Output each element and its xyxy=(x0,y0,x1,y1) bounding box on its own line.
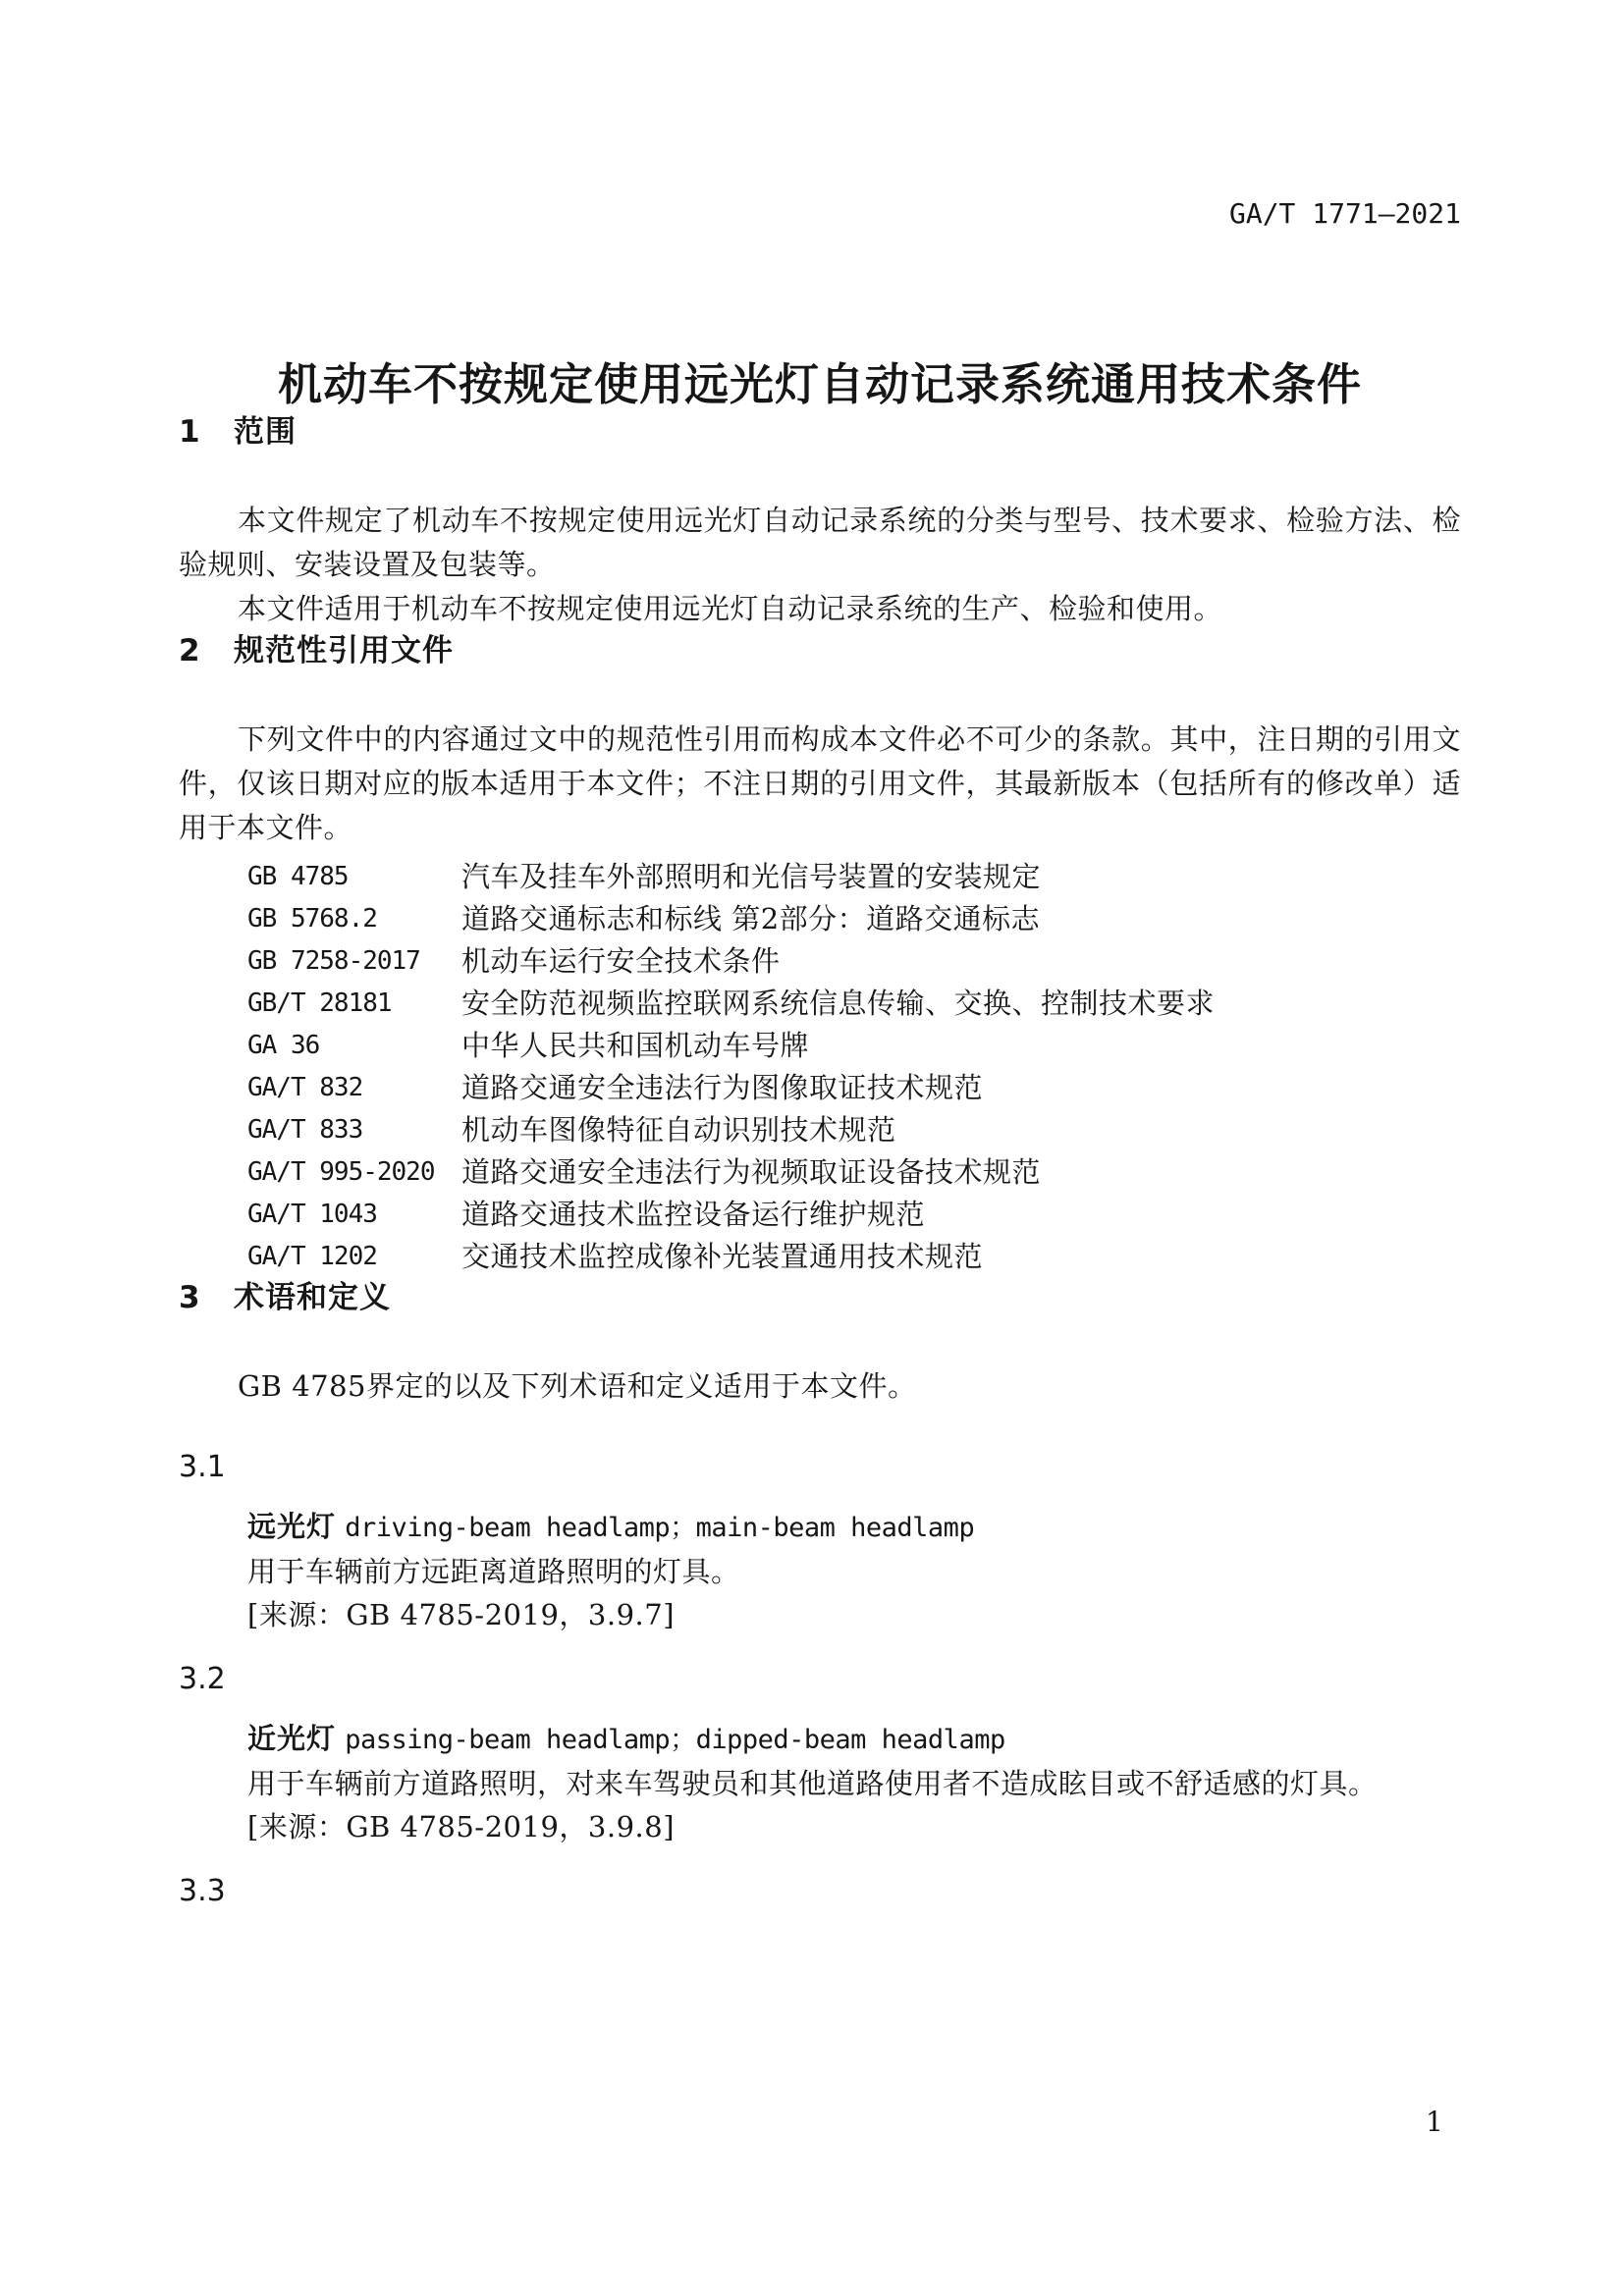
reference-title: 机动车图像特征自动识别技术规范 xyxy=(461,1109,1461,1151)
reference-code: GB 7258-2017 xyxy=(247,940,461,983)
scope-paragraph-1: 本文件规定了机动车不按规定使用远光灯自动记录系统的分类与型号、技术要求、检验方法… xyxy=(179,499,1461,587)
terms-intro: GB 4785界定的以及下列术语和定义适用于本文件。 xyxy=(179,1364,1461,1409)
reference-code: GA 36 xyxy=(247,1025,461,1067)
term-3-2-source: [来源：GB 4785-2019，3.9.8] xyxy=(247,1805,1461,1848)
document-title: 机动车不按规定使用远光灯自动记录系统通用技术条件 xyxy=(179,357,1461,412)
scope-paragraph-2: 本文件适用于机动车不按规定使用远光灯自动记录系统的生产、检验和使用。 xyxy=(179,587,1461,631)
reference-item: GA/T 833 机动车图像特征自动识别技术规范 xyxy=(247,1109,1461,1151)
reference-item: GA/T 1202 交通技术监控成像补光装置通用技术规范 xyxy=(247,1236,1461,1278)
term-3-2-zh: 近光灯 xyxy=(247,1722,336,1755)
reference-code: GA/T 1202 xyxy=(247,1236,461,1278)
reference-code: GB/T 28181 xyxy=(247,983,461,1025)
term-3-3-id: 3.3 xyxy=(179,1872,1461,1911)
reference-code: GA/T 1043 xyxy=(247,1194,461,1236)
section-3-title: 术语和定义 xyxy=(234,1280,391,1315)
reference-title: 道路交通安全违法行为视频取证设备技术规范 xyxy=(461,1151,1461,1194)
reference-item: GB 4785 汽车及挂车外部照明和光信号装置的安装规定 xyxy=(247,856,1461,898)
document-header: GA/T 1771—2021 xyxy=(179,196,1461,232)
reference-code: GA/T 995-2020 xyxy=(247,1151,461,1194)
reference-item: GB 7258-2017 机动车运行安全技术条件 xyxy=(247,940,1461,983)
section-2-number: 2 xyxy=(179,631,234,670)
document-page: GA/T 1771—2021 机动车不按规定使用远光灯自动记录系统通用技术条件 … xyxy=(0,0,1624,2296)
standard-number: GA/T 1771—2021 xyxy=(1229,197,1461,230)
reference-item: GB/T 28181 安全防范视频监控联网系统信息传输、交换、控制技术要求 xyxy=(247,983,1461,1025)
reference-code: GA/T 833 xyxy=(247,1109,461,1151)
document-content: GA/T 1771—2021 机动车不按规定使用远光灯自动记录系统通用技术条件 … xyxy=(179,0,1461,1911)
term-3-1-definition: 用于车辆前方远距离道路照明的灯具。 xyxy=(247,1550,1461,1593)
term-3-1-name: 远光灯 driving-beam headlamp；main-beam head… xyxy=(247,1505,1461,1550)
reference-title: 汽车及挂车外部照明和光信号装置的安装规定 xyxy=(461,856,1461,898)
section-3-heading: 3术语和定义 xyxy=(179,1278,1461,1317)
section-1-number: 1 xyxy=(179,412,234,452)
section-3-number: 3 xyxy=(179,1278,234,1317)
term-3-2-en: passing-beam headlamp；dipped-beam headla… xyxy=(345,1725,1004,1755)
reference-code: GA/T 832 xyxy=(247,1067,461,1109)
term-3-1-id: 3.1 xyxy=(179,1448,1461,1487)
page-number: 1 xyxy=(1426,2107,1443,2138)
reference-title: 中华人民共和国机动车号牌 xyxy=(461,1025,1461,1067)
term-3-1-en: driving-beam headlamp；main-beam headlamp xyxy=(345,1513,974,1543)
reference-item: GA/T 1043 道路交通技术监控设备运行维护规范 xyxy=(247,1194,1461,1236)
term-3-1: 远光灯 driving-beam headlamp；main-beam head… xyxy=(179,1505,1461,1636)
reference-list: GB 4785 汽车及挂车外部照明和光信号装置的安装规定 GB 5768.2 道… xyxy=(179,856,1461,1278)
term-3-2-name: 近光灯 passing-beam headlamp；dipped-beam he… xyxy=(247,1717,1461,1762)
reference-title: 交通技术监控成像补光装置通用技术规范 xyxy=(461,1236,1461,1278)
section-1-heading: 1范围 xyxy=(179,412,1461,452)
term-3-2-definition: 用于车辆前方道路照明，对来车驾驶员和其他道路使用者不造成眩目或不舒适感的灯具。 xyxy=(247,1762,1461,1805)
term-3-2-id: 3.2 xyxy=(179,1660,1461,1699)
section-2-title: 规范性引用文件 xyxy=(234,633,454,668)
normative-references-intro: 下列文件中的内容通过文中的规范性引用而构成本文件必不可少的条款。其中，注日期的引… xyxy=(179,718,1461,850)
section-2-heading: 2规范性引用文件 xyxy=(179,631,1461,670)
reference-item: GB 5768.2 道路交通标志和标线 第2部分：道路交通标志 xyxy=(247,898,1461,940)
reference-item: GA/T 832 道路交通安全违法行为图像取证技术规范 xyxy=(247,1067,1461,1109)
reference-code: GB 5768.2 xyxy=(247,898,461,940)
reference-title: 道路交通安全违法行为图像取证技术规范 xyxy=(461,1067,1461,1109)
reference-item: GA/T 995-2020 道路交通安全违法行为视频取证设备技术规范 xyxy=(247,1151,1461,1194)
term-3-1-source: [来源：GB 4785-2019，3.9.7] xyxy=(247,1593,1461,1636)
reference-title: 道路交通技术监控设备运行维护规范 xyxy=(461,1194,1461,1236)
reference-item: GA 36 中华人民共和国机动车号牌 xyxy=(247,1025,1461,1067)
term-3-1-zh: 远光灯 xyxy=(247,1510,336,1543)
reference-title: 安全防范视频监控联网系统信息传输、交换、控制技术要求 xyxy=(461,983,1461,1025)
term-3-2: 近光灯 passing-beam headlamp；dipped-beam he… xyxy=(179,1717,1461,1848)
reference-code: GB 4785 xyxy=(247,856,461,898)
section-1-title: 范围 xyxy=(234,414,297,450)
reference-title: 机动车运行安全技术条件 xyxy=(461,940,1461,983)
reference-title: 道路交通标志和标线 第2部分：道路交通标志 xyxy=(461,898,1461,940)
